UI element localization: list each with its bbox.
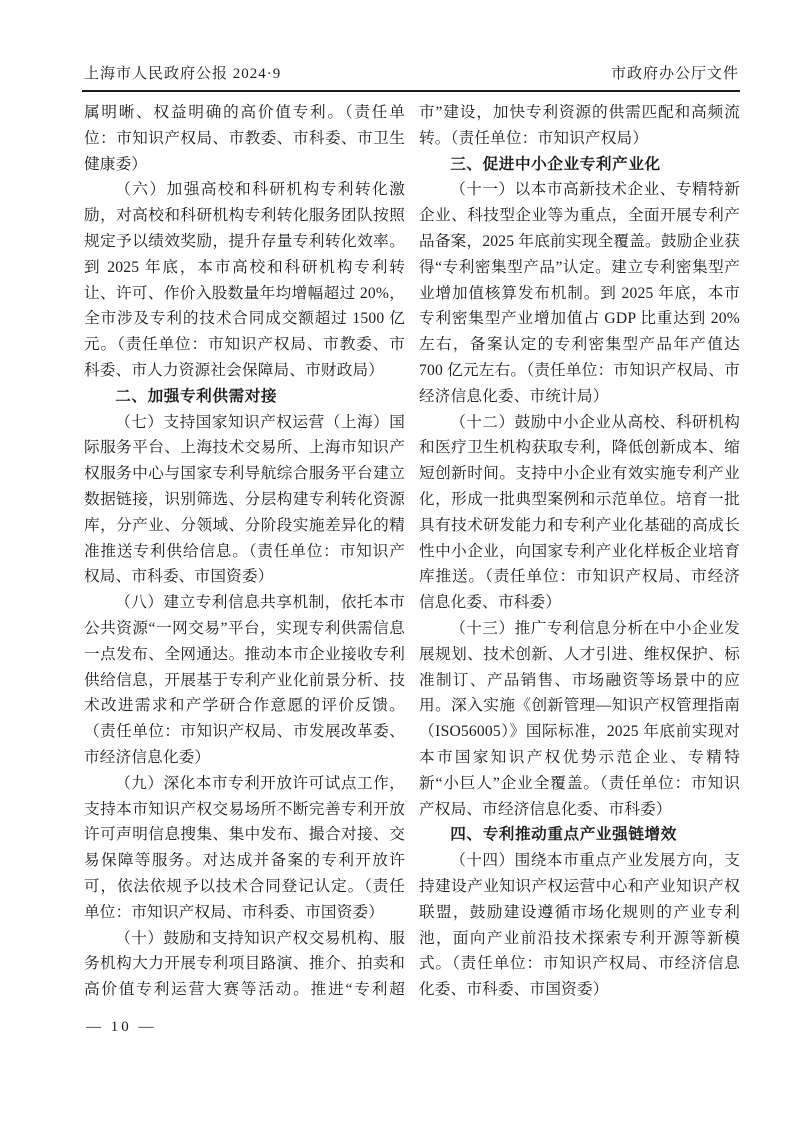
content-columns: 属明晰、权益明确的高价值专利。（责任单位：市知识产权局、市教委、市科委、市卫生健… xyxy=(84,100,740,1012)
gazette-title: 上海市人民政府公报 2024·9 xyxy=(84,62,281,83)
body-paragraph: （七）支持国家知识产权运营（上海）国际服务平台、上海技术交易所、上海市知识产权服… xyxy=(84,410,405,591)
document-category-label: 市政府办公厅文件 xyxy=(611,62,739,83)
page-number: — 10 — xyxy=(86,1019,157,1036)
page-header: 上海市人民政府公报 2024·9 市政府办公厅文件 xyxy=(84,62,739,83)
body-paragraph: （十二）鼓励中小企业从高校、科研机构和医疗卫生机构获取专利，降低创新成本、缩短创… xyxy=(419,410,740,616)
body-paragraph: （十一）以本市高新技术企业、专精特新企业、科技型企业等为重点，全面开展专利产品备… xyxy=(419,177,740,409)
section-heading: 四、专利推动重点产业强链增效 xyxy=(419,822,740,848)
section-heading: 二、加强专利供需对接 xyxy=(84,384,405,410)
body-paragraph: （六）加强高校和科研机构专利转化激励，对高校和科研机构专利转化服务团队按照规定予… xyxy=(84,177,405,383)
body-paragraph: （十三）推广专利信息分析在中小企业发展规划、技术创新、人才引进、维权保护、标准制… xyxy=(419,616,740,822)
section-heading: 三、促进中小企业专利产业化 xyxy=(419,152,740,178)
header-rule xyxy=(82,90,740,92)
document-page: 上海市人民政府公报 2024·9 市政府办公厅文件 属明晰、权益明确的高价值专利… xyxy=(0,0,793,1122)
body-paragraph: （八）建立专利信息共享机制，依托本市公共资源“一网交易”平台，实现专利供需信息一… xyxy=(84,590,405,771)
body-paragraph: （九）深化本市专利开放许可试点工作，支持本市知识产权交易场所不断完善专利开放许可… xyxy=(84,771,405,926)
body-paragraph: （十四）围绕本市重点产业发展方向，支持建设产业知识产权运营中心和产业知识产权联盟… xyxy=(419,848,740,1003)
body-paragraph: 属明晰、权益明确的高价值专利。（责任单位：市知识产权局、市教委、市科委、市卫生健… xyxy=(84,100,405,177)
